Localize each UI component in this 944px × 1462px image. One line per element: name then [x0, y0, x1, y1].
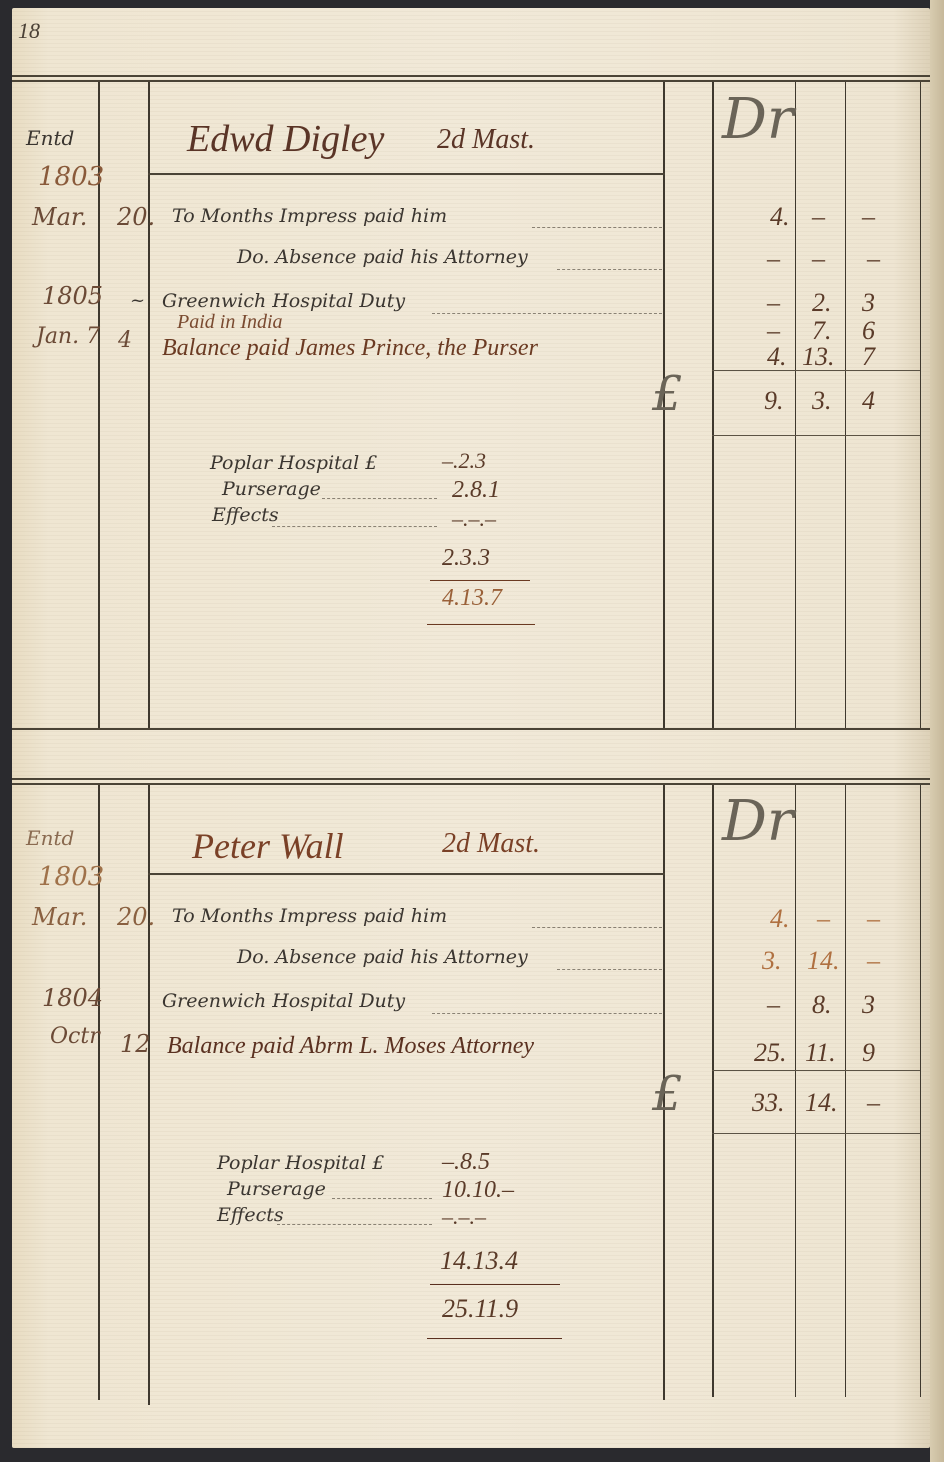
amount-shillings: 7. — [812, 318, 832, 344]
amount-pounds: 4. — [770, 204, 790, 230]
col-line-pence — [920, 82, 921, 728]
subtotal-rule — [430, 580, 530, 581]
breakdown-subtotal: 2.3.3 — [442, 546, 490, 570]
pound-symbol: £ — [652, 370, 683, 418]
ledger-page: 18 Entd 1803 Edwd Digley 2d Mast. Dr Mar… — [12, 8, 930, 1448]
line-text: Greenwich Hospital Duty — [162, 292, 405, 311]
col-line-misc — [712, 785, 714, 1397]
amount-shillings: 13. — [802, 344, 835, 370]
line-day: 20. — [117, 205, 155, 229]
net-rule — [427, 624, 535, 625]
leader-dots — [432, 313, 662, 314]
entered-label: Entd — [26, 828, 74, 848]
line-month: 1804 — [42, 986, 103, 1010]
amount-pounds: 3. — [762, 948, 782, 974]
breakdown-value: –.2.3 — [442, 450, 486, 472]
line-mark: ~ — [130, 292, 145, 310]
leader-dots — [557, 969, 662, 970]
breakdown-net: 25.11.9 — [442, 1296, 518, 1322]
total-shillings: 14. — [805, 1090, 838, 1116]
amount-shillings: 8. — [812, 992, 832, 1018]
amount-pounds: 25. — [754, 1040, 787, 1066]
name-box-bottom — [148, 173, 665, 175]
amount-pence: – — [862, 204, 875, 230]
line-day: 20. — [117, 905, 155, 929]
amount-pounds: 4. — [767, 344, 787, 370]
breakdown-value: 10.10.– — [442, 1178, 514, 1202]
amount-pence: 7 — [862, 344, 875, 370]
amount-pence: 3 — [862, 290, 875, 316]
amount-pence: – — [867, 948, 880, 974]
line-text: To Months Impress paid him — [172, 907, 447, 926]
sailor-rank: 2d Mast. — [437, 126, 535, 154]
col-line-misc — [712, 82, 714, 728]
breakdown-label: Purserage — [222, 480, 321, 499]
total-pence: 4 — [862, 388, 875, 414]
breakdown-label: Purserage — [227, 1180, 326, 1199]
line-day: 12 — [120, 1032, 151, 1056]
breakdown-subtotal: 14.13.4 — [440, 1248, 518, 1274]
line-day: 4 — [118, 330, 132, 352]
amount-shillings: 11. — [805, 1040, 836, 1066]
net-rule — [427, 1338, 562, 1339]
col-line-pounds — [795, 82, 796, 728]
col-line-shillings — [845, 785, 846, 1397]
amount-pounds: – — [767, 992, 780, 1018]
leader-dots — [532, 227, 662, 228]
amount-pence: 3 — [862, 992, 875, 1018]
amount-shillings: 14. — [807, 948, 840, 974]
breakdown-value: –.–.– — [452, 508, 496, 530]
total-rule — [712, 1133, 920, 1134]
breakdown-label: Effects — [212, 506, 279, 525]
sailor-name: Edwd Digley — [187, 120, 384, 158]
leader-dots — [322, 498, 437, 499]
line-text: To Months Impress paid him — [172, 207, 447, 226]
col-line-pence — [920, 785, 921, 1397]
breakdown-net: 4.13.7 — [442, 586, 502, 610]
pound-symbol: £ — [652, 1070, 683, 1118]
line-text: Greenwich Hospital Duty — [162, 992, 405, 1011]
adjacent-page-edge — [930, 0, 944, 1462]
line-text: Balance paid James Prince, the Purser — [162, 336, 538, 360]
leader-dots — [272, 526, 437, 527]
line-month: Mar. — [32, 905, 87, 929]
section-end-rule — [12, 728, 930, 730]
page-number: 18 — [18, 20, 40, 42]
top-rule — [12, 75, 930, 77]
debit-header: Dr — [722, 794, 794, 850]
total-rule — [712, 435, 920, 436]
amount-shillings: – — [812, 204, 825, 230]
breakdown-value: –.–.– — [442, 1206, 486, 1228]
amount-pence: – — [867, 246, 880, 272]
leader-dots — [532, 927, 662, 928]
line-text: Do. Absence paid his Attorney — [237, 248, 528, 267]
leader-dots — [557, 269, 662, 270]
sailor-name: Peter Wall — [192, 828, 344, 864]
debit-header: Dr — [722, 92, 794, 148]
line-month: Octr — [50, 1026, 100, 1048]
leader-dots — [332, 1198, 432, 1199]
amount-shillings: – — [817, 906, 830, 932]
amount-pence: – — [867, 906, 880, 932]
top-rule — [12, 778, 930, 780]
name-box-bottom — [148, 873, 665, 875]
amount-pounds: – — [767, 290, 780, 316]
amount-pounds: – — [767, 246, 780, 272]
amount-pounds: 4. — [770, 906, 790, 932]
amount-shillings: 2. — [812, 290, 832, 316]
sum-rule — [712, 1070, 920, 1071]
line-text: Do. Absence paid his Attorney — [237, 948, 528, 967]
col-line-day — [148, 785, 150, 1405]
amount-pounds: – — [767, 318, 780, 344]
amount-pence: 9 — [862, 1040, 875, 1066]
entered-year: 1803 — [38, 164, 104, 190]
line-text: Balance paid Abrm L. Moses Attorney — [167, 1034, 534, 1058]
total-shillings: 3. — [812, 388, 832, 414]
col-line-day — [148, 82, 150, 728]
breakdown-label: Poplar Hospital £ — [210, 454, 377, 473]
breakdown-value: –.8.5 — [442, 1150, 490, 1174]
subtotal-rule — [430, 1284, 560, 1285]
col-line-shillings — [845, 82, 846, 728]
entered-year: 1803 — [38, 864, 104, 890]
leader-dots — [432, 1013, 662, 1014]
line-month: Jan. 7 — [36, 326, 100, 348]
line-month: 1805 — [42, 284, 103, 308]
amount-pence: 6 — [862, 318, 875, 344]
breakdown-label: Effects — [217, 1206, 284, 1225]
leader-dots — [277, 1224, 432, 1225]
amount-shillings: – — [812, 246, 825, 272]
breakdown-value: 2.8.1 — [452, 478, 500, 502]
entered-label: Entd — [26, 128, 74, 148]
annotation-paid-in-india: Paid in India — [177, 312, 283, 332]
total-pounds: 33. — [752, 1090, 785, 1116]
col-line-pounds — [795, 785, 796, 1397]
breakdown-label: Poplar Hospital £ — [217, 1154, 384, 1173]
sailor-rank: 2d Mast. — [442, 830, 540, 858]
total-pence: – — [867, 1090, 880, 1116]
line-month: Mar. — [32, 205, 87, 229]
total-pounds: 9. — [764, 388, 784, 414]
